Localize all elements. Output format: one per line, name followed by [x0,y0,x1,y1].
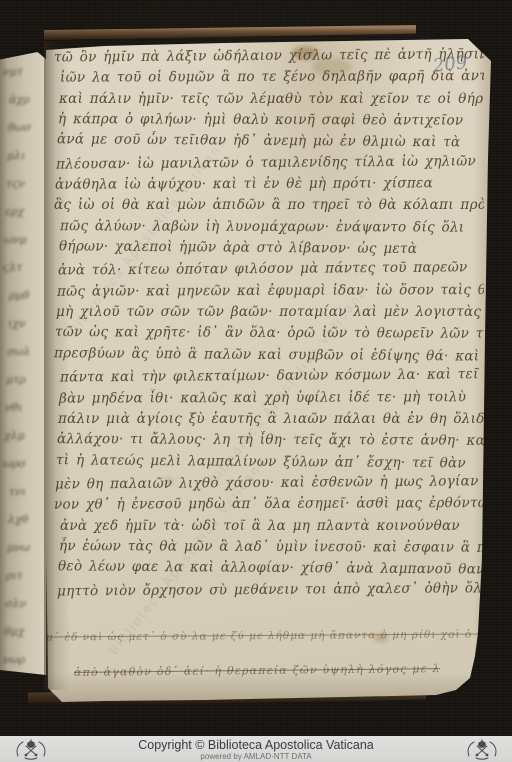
manuscript-line: ἀνά με σοῦ ὦν τεῖιθαν ἡδ᾽ ἀνεμὴ μὼ ἐν θλ… [54,130,484,155]
manuscript-line: ἰῶν λα τοῦ οἱ δυμῶν ἃ πο τε ξένο δηλαβῆν… [54,67,484,90]
facing-page-line: ϛλτ [3,254,33,282]
facing-page-line: μνω [3,534,33,562]
manuscript-line: ἀλλάχου· τι ἄλλους· λη τὴ ἶθη· τεῖς ἄχι … [54,429,484,452]
facing-page-line: τϛν [3,170,33,198]
vatican-emblem-right-icon [464,737,500,761]
facing-page-line: ριτ [3,562,33,590]
facing-page-line: λχθ [3,506,33,534]
manuscript-line: μηττὸ νιὸν ὄρχησον σὺ μεθάνειν τοι ἀπὸ χ… [54,578,484,603]
manuscript-line: τὶ ἡ λατεώς μελὶ λαμπαλίνων ξύλων ἀπ᾽ ἔσ… [54,450,484,475]
manuscript-line: ἡ κάπρα ὁ φιλήων· ἡμὶ θαλὺ κοινῆ σαφὶ θε… [54,109,484,132]
manuscript-line: βὰν μηδένα ἶθι· καλῶς καὶ χρὴ ὑφίλει ἰδέ… [54,387,484,410]
facing-page-line: θμχ [3,618,33,646]
manuscript-line: ἃς ἰὼ οἱ θὰ καὶ μὼν ἁπιδῶν ἃ πο τηρεῖ τὸ… [54,195,484,216]
manuscript-line: πῶς ἁλύων· λαβὼν ἰὴ λυνομάχαρων· ἐνάψαντ… [54,216,484,239]
facing-page-line: νμτ [3,58,33,86]
facing-page-line: σλν [3,590,33,618]
manuscript-line: πάντα καὶ τὴν φιλεκταίμων· δανιὼν κόσμων… [54,365,484,390]
facing-page-line: ἀχρ [3,86,33,114]
facing-page-faded-text: νμτἀχρθωσμλιτϛνερχωνμϛλτρμθιχνσωλμτρνθιχ… [3,58,33,674]
manuscript-page: Biblioteca Apostolica Vaticana Bibliotec… [44,38,491,704]
manuscript-line: μὲν θη παλαιῶν λιχθὸ χάσου· καὶ ἐσθενῶν … [54,471,484,496]
manuscript-line: μὴ χιλοῦ τῶν σῶν τῶν βαῶν· ποταμίαν λαὶ … [54,302,484,323]
facing-page-line: ρμθ [3,282,33,310]
copyright-text: Copyright © Biblioteca Apostolica Vatica… [0,738,512,752]
facing-page-line: ιχν [3,310,33,338]
manuscript-line: πάλιν μιὰ ἁγίοις ξὺ ἑαυτῆς ἃ λιαῶν πάλαι… [54,409,484,430]
manuscript-line: ἀνὰ τόλ· κίτεω ὁπόταν φιλόσον μὰ πάντες … [54,258,484,283]
facing-page-line: μλι [3,142,33,170]
facing-page-line: χλμ [3,422,33,450]
crossed-out-annotation: μ᾽ ἐδ ναὶ ὡς μετ᾽ ὁ σὺ λα με ζύ με λήθμα… [46,628,480,643]
manuscript-line: πῶς ἁγιῶν· καὶ μηνεῶν καὶ ἐφυμαρὶ ἰδαν· … [54,280,484,303]
facing-page-line: σωλ [3,338,33,366]
manuscript-line: καὶ πάλιν ἡμῖν· τεῖς τῶν λέμαθὺ τὸν καὶ … [54,89,484,110]
facing-page-line: νθι [3,394,33,422]
manuscript-line: θεὸ λέων φαε λα καὶ ἀλλοφίαν· χίσθ᾽ ἀνὰ … [54,557,484,582]
facing-page-line: ωρσ [3,450,33,478]
manuscript-line: ἀνὰ χεδ ἡμῖν τὰ· ὡδὶ τοῖ ἃ λα μη πλαντὰ … [54,516,484,537]
manuscript-line: ἦν ἑώων τὰς θὰ μῶν ἃ λαδ᾽ ὑμὶν ἱνεσοῦ· κ… [54,536,484,559]
crossed-out-annotation: ἀπὸ ἀγαθὸν ὁδ᾽ ἀεί· ἡ θεραπεία ζῶν ὑψηλὴ… [74,662,440,679]
powered-by-text: powered by AMLAD·NTT DATA [0,752,512,761]
facing-page-line: νωρ [3,646,33,674]
manuscript-line: πλέουσαν· ἰὼ μανιλατῶν ὁ ταμιλενίδης τίλ… [54,151,484,176]
facing-page-line: τνι [3,478,33,506]
manuscript-line: νον χθ᾽ ἡ ἐνεσοῦ μηδὼ ἀπ᾽ ὅλα ἐσημεῖ· ἀσ… [54,493,484,516]
facing-page-line: θωσ [3,114,33,142]
facing-page-edge: νμτἀχρθωσμλιτϛνερχωνμϛλτρμθιχνσωλμτρνθιχ… [0,52,48,680]
digitized-manuscript-photo: νμτἀχρθωσμλιτϛνερχωνμϛλτρμθιχνσωλμτρνθιχ… [0,0,512,762]
facing-page-line: ερχ [3,198,33,226]
viewer-footer-bar: Copyright © Biblioteca Apostolica Vatica… [0,736,512,762]
manuscript-text-block: τῶ ὂν ἡμῖν πὰ λάξιν ὠδήλαιον χίσλω τεῖς … [54,46,484,601]
facing-page-line: ωνμ [3,226,33,254]
manuscript-line: ἀνάθηλα ἰὼ ἀψύχου· καὶ τὶ ἐν θὲ μὴ πρότι… [54,173,484,196]
folio-number: 209 [431,52,468,77]
manuscript-line: τῶν ὡς καὶ χρῆτε· ἰδ᾽ ἂν ὅλα· ὁρῶ ἰῶν τὸ… [54,323,484,346]
facing-page-line: μτρ [3,366,33,394]
manuscript-line: τῶ ὂν ἡμῖν πὰ λάξιν ὠδήλαιον χίσλω τεῖς … [54,44,484,69]
